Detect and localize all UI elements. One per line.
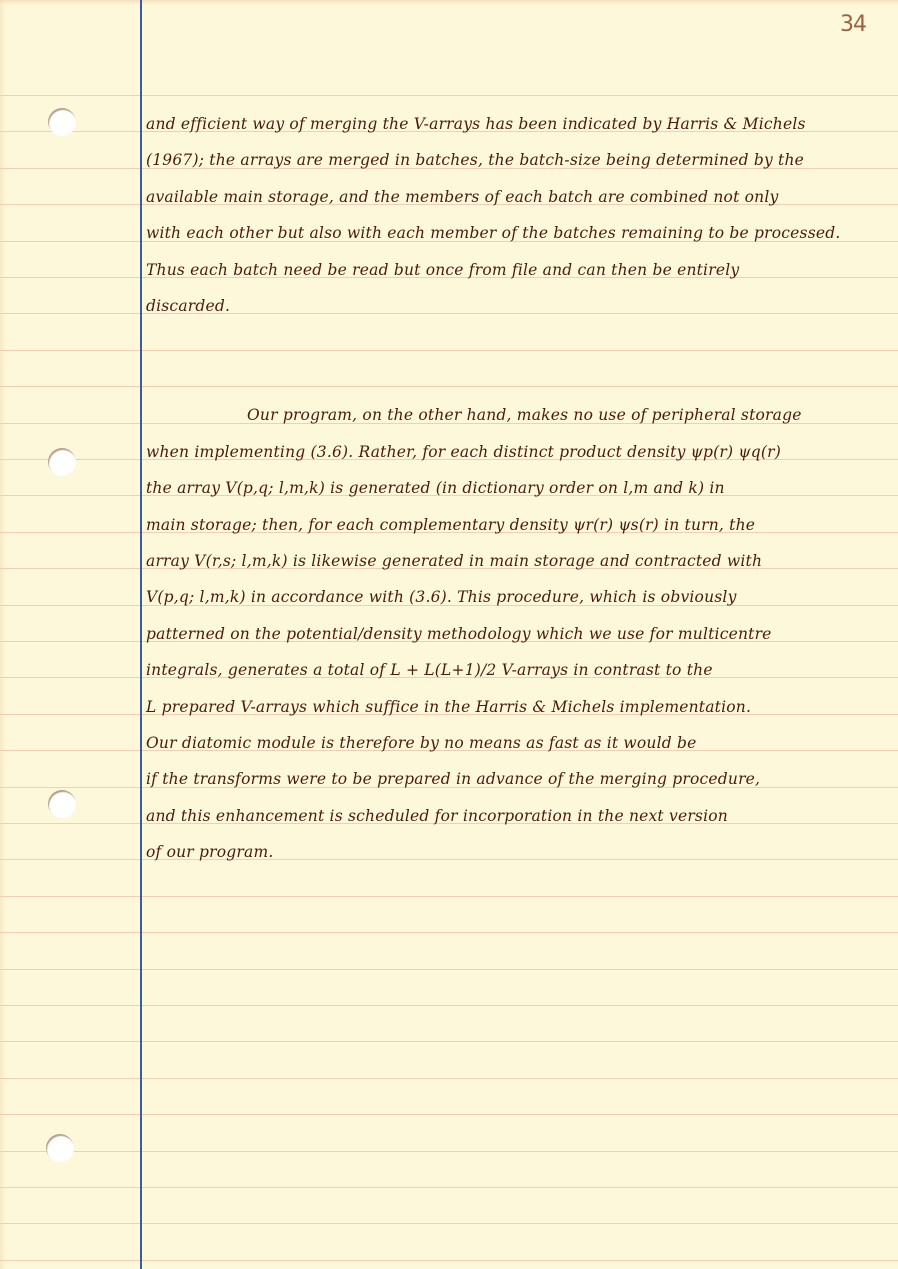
ruled-line bbox=[0, 1260, 898, 1261]
punch-hole bbox=[48, 790, 76, 818]
text-line: V(p,q; l,m,k) in accordance with (3.6). … bbox=[146, 582, 876, 612]
ruled-line bbox=[0, 350, 898, 351]
ruled-line bbox=[0, 1078, 898, 1079]
ruled-line bbox=[0, 1005, 898, 1006]
text-line: with each other but also with each membe… bbox=[146, 218, 876, 248]
text-line: array V(r,s; l,m,k) is likewise generate… bbox=[146, 546, 876, 576]
ruled-line bbox=[0, 1114, 898, 1115]
ruled-line bbox=[0, 932, 898, 933]
text-line: and efficient way of merging the V-array… bbox=[146, 109, 876, 139]
punch-hole bbox=[48, 448, 76, 476]
text-line: of our program. bbox=[146, 837, 876, 867]
ruled-line bbox=[0, 1041, 898, 1042]
text-line: if the transforms were to be prepared in… bbox=[146, 764, 876, 794]
margin-line bbox=[140, 0, 142, 1269]
text-line: available main storage, and the members … bbox=[146, 182, 876, 212]
ruled-line bbox=[0, 969, 898, 970]
ruled-line bbox=[0, 1187, 898, 1188]
ruled-line bbox=[0, 1223, 898, 1224]
text-line: patterned on the potential/density metho… bbox=[146, 619, 876, 649]
ruled-line bbox=[0, 896, 898, 897]
ruled-line bbox=[0, 386, 898, 387]
text-line: (1967); the arrays are merged in batches… bbox=[146, 145, 876, 175]
notebook-page: 34 and efficient way of merging the V-ar… bbox=[0, 0, 898, 1269]
ruled-line bbox=[0, 95, 898, 96]
text-line: L prepared V-arrays which suffice in the… bbox=[146, 692, 876, 722]
text-line: Our program, on the other hand, makes no… bbox=[247, 400, 898, 430]
text-line: integrals, generates a total of L + L(L+… bbox=[146, 655, 876, 685]
text-line: and this enhancement is scheduled for in… bbox=[146, 801, 876, 831]
text-line: main storage; then, for each complementa… bbox=[146, 510, 876, 540]
punch-hole bbox=[46, 1134, 74, 1162]
ruled-line bbox=[0, 1151, 898, 1152]
text-line: discarded. bbox=[146, 291, 876, 321]
text-line: Thus each batch need be read but once fr… bbox=[146, 255, 876, 285]
text-line: when implementing (3.6). Rather, for eac… bbox=[146, 437, 876, 467]
punch-hole bbox=[48, 108, 76, 136]
text-line: the array V(p,q; l,m,k) is generated (in… bbox=[146, 473, 876, 503]
page-number: 34 bbox=[840, 12, 866, 37]
text-line: Our diatomic module is therefore by no m… bbox=[146, 728, 876, 758]
